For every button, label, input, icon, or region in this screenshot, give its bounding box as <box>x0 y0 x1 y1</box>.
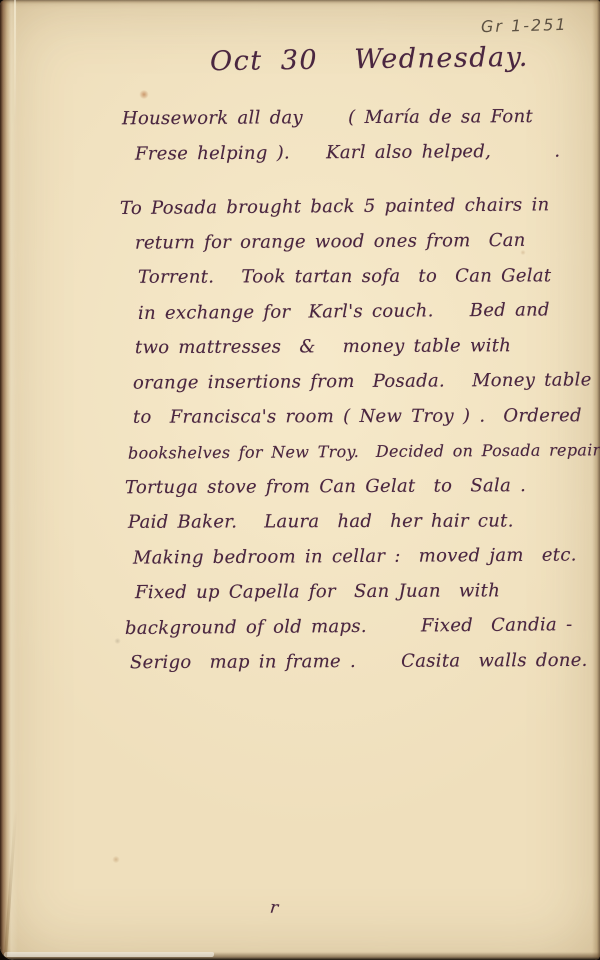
entry-line: Frese helping ). Karl also helped, . <box>135 133 588 171</box>
entry-line: Making bedroom in cellar : moved jam etc… <box>133 537 588 575</box>
entry-line: To Posada brought back 5 painted chairs … <box>120 187 588 226</box>
paper-edge-top <box>0 0 600 4</box>
stray-ink-mark: r <box>269 898 279 919</box>
entry-heading: Oct 30 Wednesday. <box>210 42 529 77</box>
scanned-manuscript: Gr 1-251 Oct 30 Wednesday. Housework all… <box>0 0 600 960</box>
paper-edge-right <box>592 0 600 960</box>
entry-line: in exchange for Karl's couch. Bed and <box>138 292 588 331</box>
paper-crease-top-left <box>14 0 16 120</box>
archive-number: Gr 1-251 <box>481 15 568 36</box>
paper-edge-bottom <box>0 952 600 960</box>
paper-edge-left <box>0 0 18 960</box>
entry-line: two mattresses & money table with <box>135 328 588 365</box>
entry-line: Tortuga stove from Can Gelat to Sala . <box>125 468 588 505</box>
entry-line: Serigo map in frame . Casita walls done. <box>130 643 588 680</box>
entry-line: orange insertions from Posada. Money tab… <box>133 362 588 400</box>
entry-line: Fixed up Capella for San Juan with <box>135 573 588 610</box>
entry-line: background of old maps. Fixed Candia - <box>125 607 588 646</box>
entry-line: bookshelves for New Troy. Decided on Pos… <box>128 432 588 470</box>
entry-line: return for orange wood ones from Can <box>135 222 588 260</box>
foxing-spot <box>139 90 149 99</box>
paper-bottom-highlight <box>4 952 215 957</box>
entry-line: Paid Baker. Laura had her hair cut. <box>128 503 588 540</box>
manuscript-page: Gr 1-251 Oct 30 Wednesday. Housework all… <box>0 0 600 960</box>
entry-line: to Francisca's room ( New Troy ) . Order… <box>133 398 588 435</box>
entry-line: Housework all day ( María de sa Font <box>122 99 588 136</box>
entry-body: Housework all day ( María de sa Font Fre… <box>118 100 588 679</box>
paper-crease-bottom-left <box>4 810 17 960</box>
foxing-spot <box>112 856 120 863</box>
entry-line: Torrent. Took tartan sofa to Can Gelat <box>138 258 588 295</box>
